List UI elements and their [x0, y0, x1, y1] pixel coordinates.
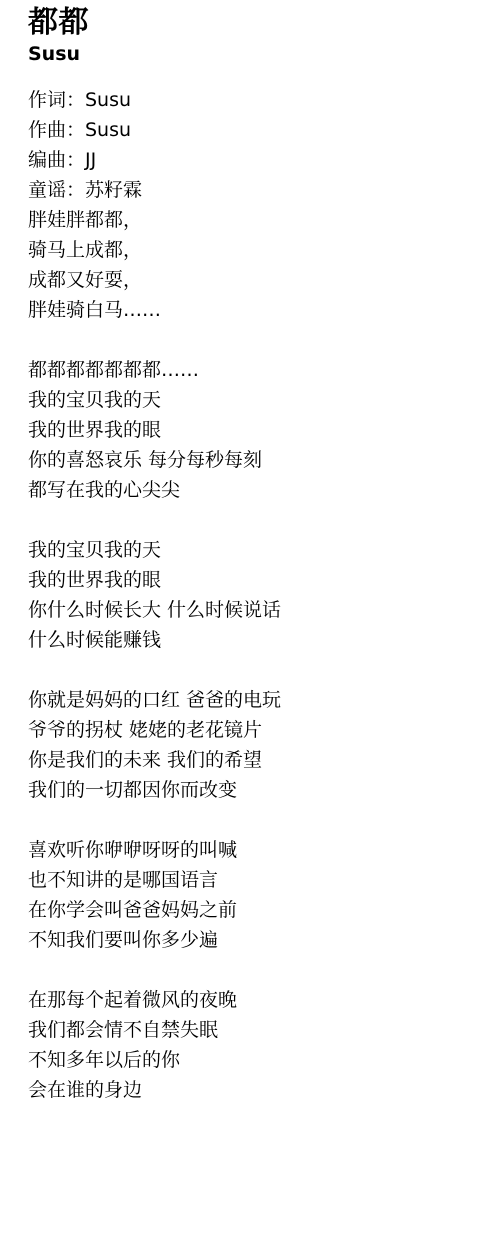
lyric-line: 你什么时候长大 什么时候说话	[28, 595, 480, 625]
lyric-line: 作词：Susu	[28, 85, 480, 115]
song-title: 都都	[28, 4, 480, 42]
lyric-line: 不知我们要叫你多少遍	[28, 925, 480, 955]
lyric-line: 都都都都都都都……	[28, 355, 480, 385]
lyric-line: 我们的一切都因你而改变	[28, 775, 480, 805]
lyric-line	[28, 325, 480, 355]
lyric-line: 成都又好耍，	[28, 265, 480, 295]
lyric-line: 什么时候能赚钱	[28, 625, 480, 655]
lyric-line: 在你学会叫爸爸妈妈之前	[28, 895, 480, 925]
lyric-line: 我的宝贝我的天	[28, 385, 480, 415]
lyrics-body: 作词：Susu作曲：Susu编曲：JJ童谣：苏籽霖胖娃胖都都，骑马上成都，成都又…	[28, 85, 480, 1105]
lyric-line	[28, 655, 480, 685]
lyric-line	[28, 805, 480, 835]
lyric-line	[28, 955, 480, 985]
lyric-line: 在那每个起着微风的夜晚	[28, 985, 480, 1015]
lyric-line: 我的世界我的眼	[28, 415, 480, 445]
lyric-line: 你的喜怒哀乐 每分每秒每刻	[28, 445, 480, 475]
lyric-line: 我们都会情不自禁失眠	[28, 1015, 480, 1045]
lyric-line: 胖娃骑白马……	[28, 295, 480, 325]
lyric-line: 胖娃胖都都，	[28, 205, 480, 235]
artist-name: Susu	[28, 42, 480, 66]
lyric-line: 会在谁的身边	[28, 1075, 480, 1105]
lyric-line: 童谣：苏籽霖	[28, 175, 480, 205]
lyric-line: 爷爷的拐杖 姥姥的老花镜片	[28, 715, 480, 745]
lyric-line	[28, 505, 480, 535]
lyric-line: 也不知讲的是哪国语言	[28, 865, 480, 895]
lyric-line: 喜欢听你咿咿呀呀的叫喊	[28, 835, 480, 865]
lyric-line: 你就是妈妈的口红 爸爸的电玩	[28, 685, 480, 715]
lyric-line: 不知多年以后的你	[28, 1045, 480, 1075]
lyric-line: 编曲：JJ	[28, 145, 480, 175]
lyric-line: 我的世界我的眼	[28, 565, 480, 595]
lyrics-page: 都都 Susu 作词：Susu作曲：Susu编曲：JJ童谣：苏籽霖胖娃胖都都，骑…	[0, 0, 500, 1240]
lyric-line: 我的宝贝我的天	[28, 535, 480, 565]
lyric-line: 都写在我的心尖尖	[28, 475, 480, 505]
lyric-line: 骑马上成都，	[28, 235, 480, 265]
lyric-line: 作曲：Susu	[28, 115, 480, 145]
lyric-line: 你是我们的未来 我们的希望	[28, 745, 480, 775]
